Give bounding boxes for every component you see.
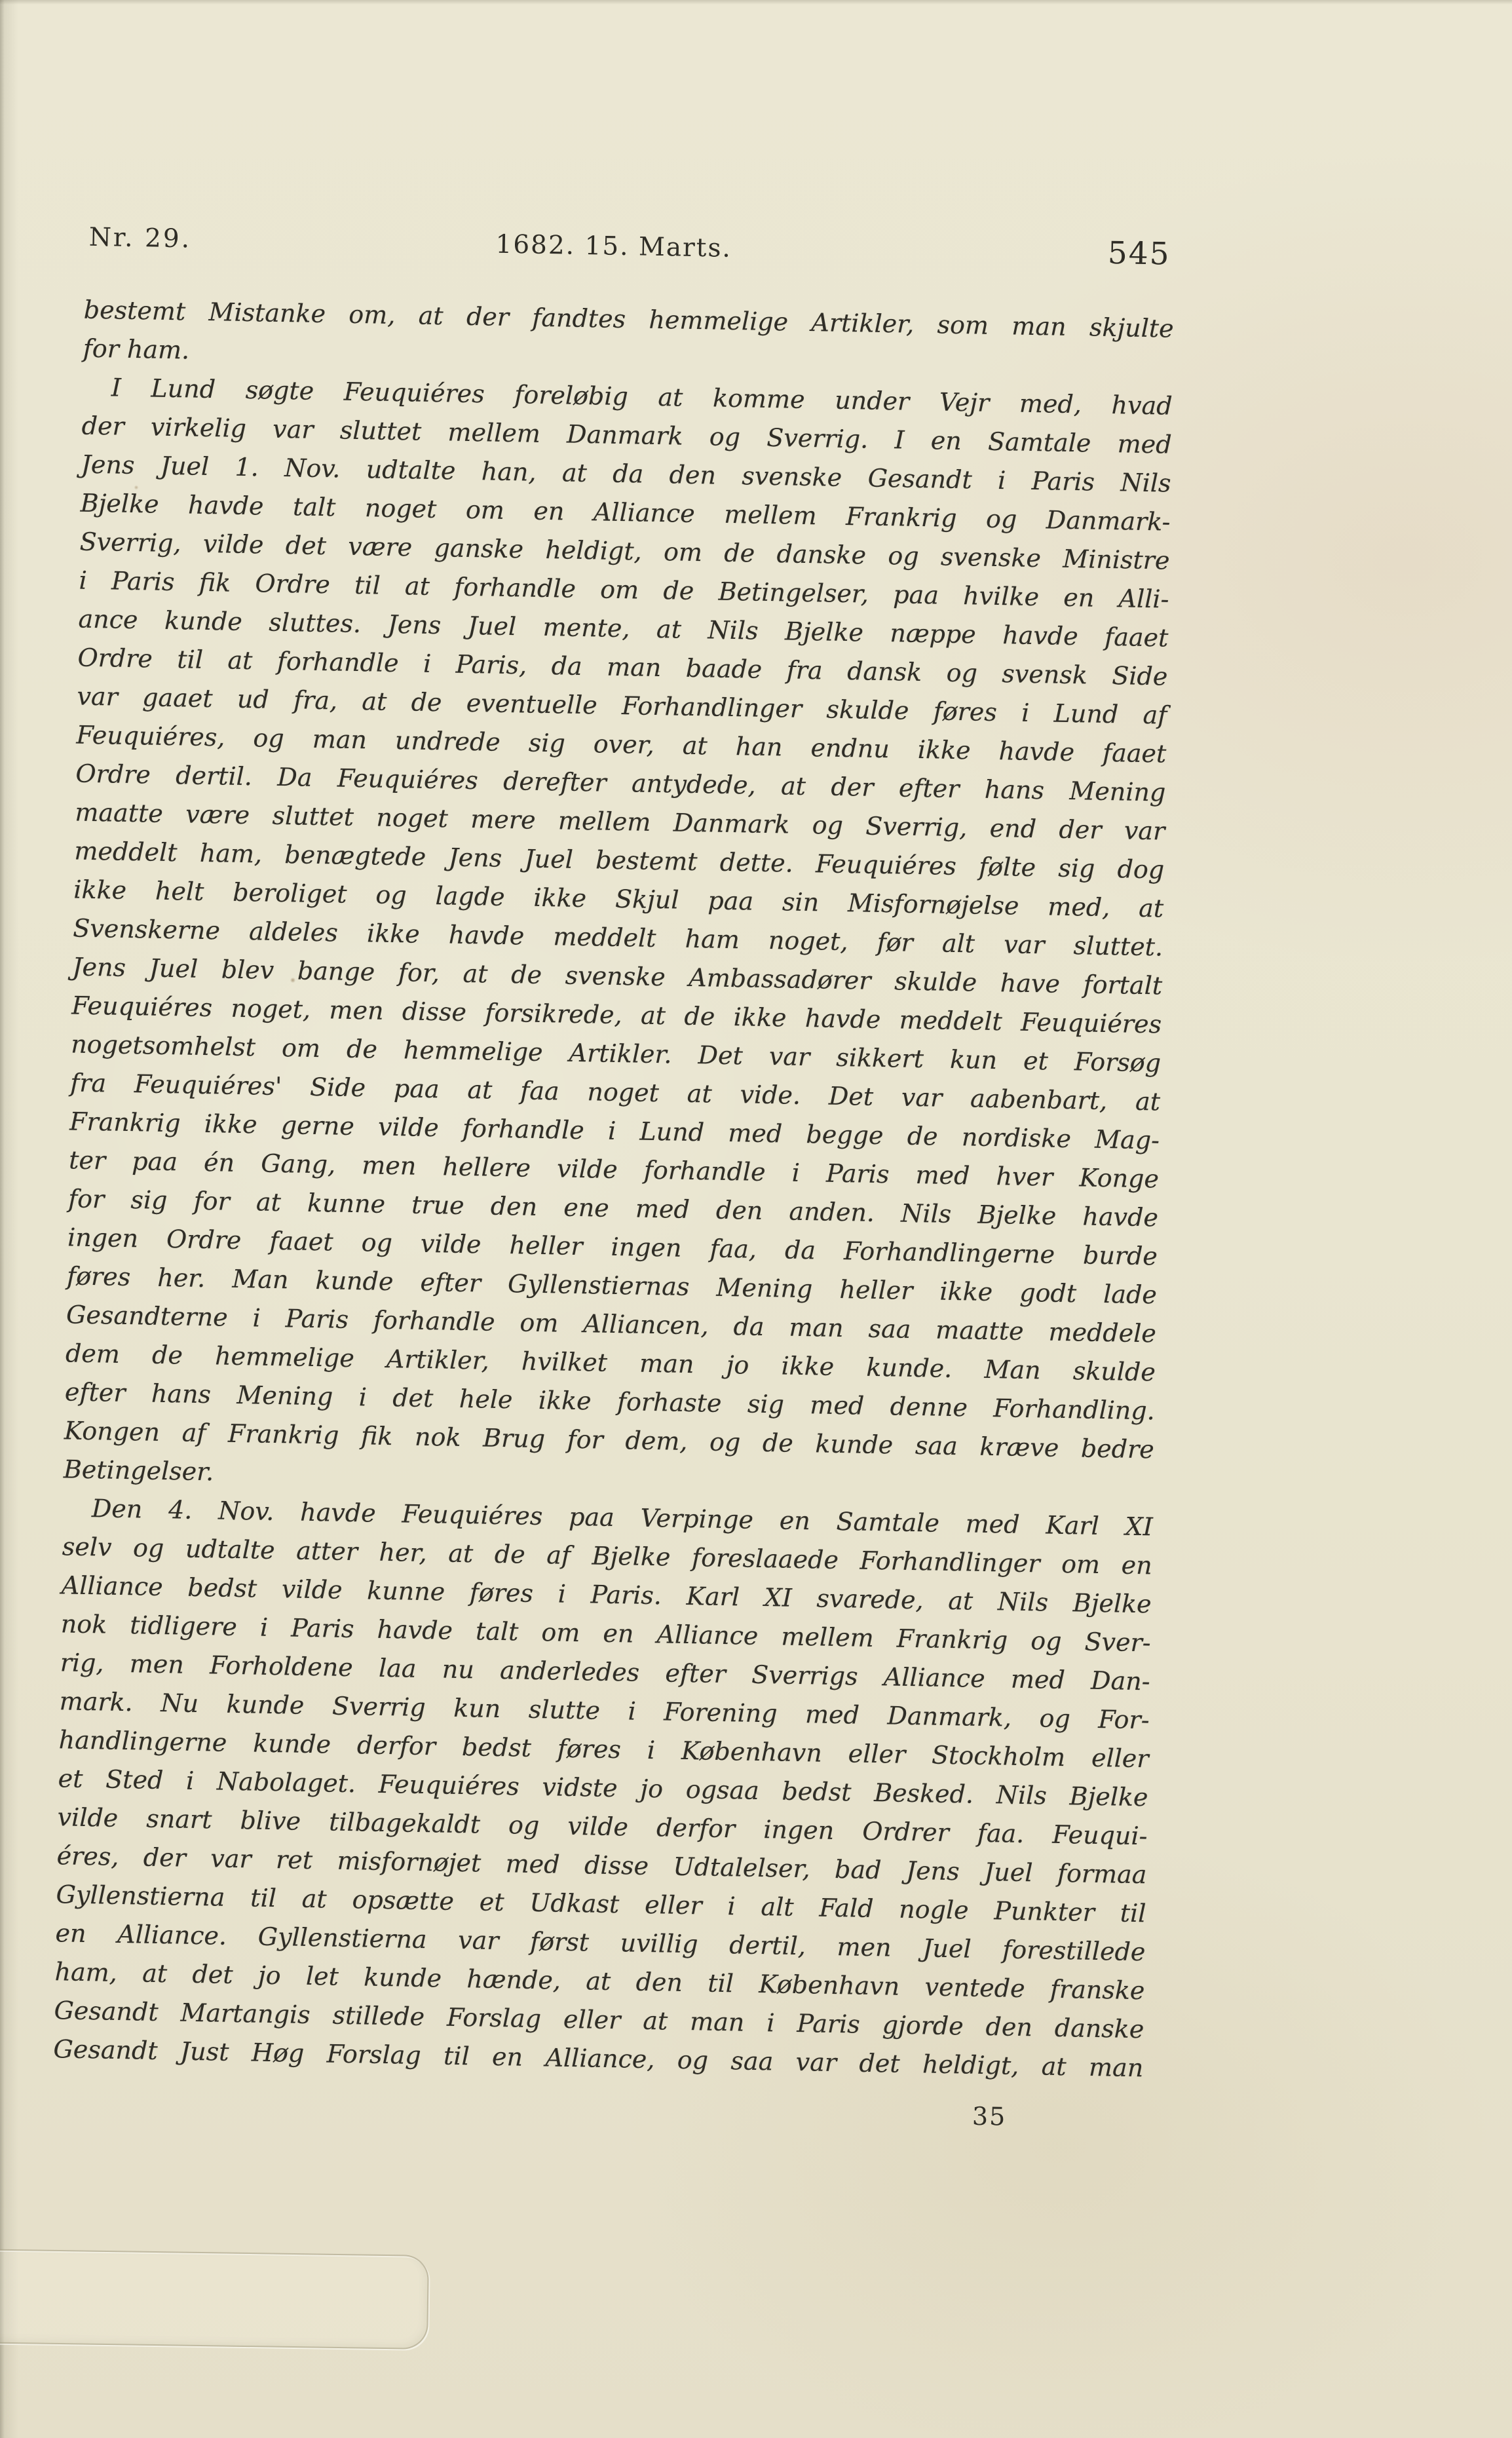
paragraph: I Lund søgte Feuquiéres foreløbig at kom… [63,368,1173,1508]
header-date: 1682. 15. Marts. [495,230,732,263]
document-number: Nr. 29. [88,223,191,254]
page-top-edge-shadow [0,0,1512,5]
book-page: Nr. 29. 1682. 15. Marts. 545 bestemt Mis… [0,0,1512,2438]
running-header: Nr. 29. 1682. 15. Marts. 545 [85,216,1175,277]
page-left-edge-shadow [0,0,18,2438]
page-content: Nr. 29. 1682. 15. Marts. 545 bestemt Mis… [52,216,1175,2134]
page-body: bestemt Mistanke om, at der fandtes hemm… [53,291,1174,2088]
signature-number: 35 [52,2086,1143,2133]
paragraph: Den 4. Nov. havde Feuquiéres paa Verping… [53,1489,1153,2087]
page-number-top: 545 [1107,235,1171,273]
card-pocket-impression [0,2249,429,2350]
